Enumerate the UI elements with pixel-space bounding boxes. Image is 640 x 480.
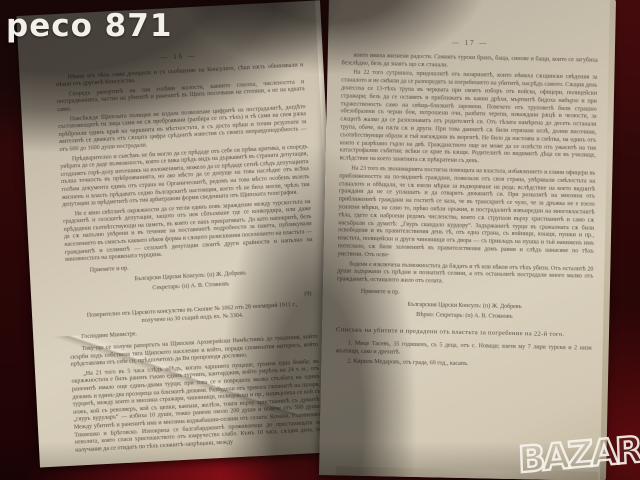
page-paragraph: „На 21 того въ 5 часа слѣдъ обѣдъ, когат…	[71, 359, 323, 455]
page-paragraph: бодени е изключена възможностьта да бѫда…	[337, 261, 593, 290]
photo-caption-label: ресо 871	[6, 8, 172, 44]
page-paragraph: На 23 того въ звонимарията постигна помо…	[338, 165, 596, 264]
page-paragraph: На 22 того сутриньта, придошлитѣ отъ паз…	[340, 70, 598, 169]
right-page-number: — 17 —	[342, 37, 598, 50]
casualty-list-title: Списъкъ на убитите и предадени отъ власт…	[336, 327, 592, 340]
closing-phrase: Приемете и пр.	[337, 288, 593, 301]
page-paragraph: Не е явно свѣтлитѣ окрѫжности да се тегл…	[63, 199, 313, 265]
right-document-page: — 17 — които имаха жизнени радости. Сами…	[319, 0, 613, 480]
right-page-content: — 17 — които имаха жизнени радости. Сами…	[319, 0, 613, 480]
left-page-content: — 16 — Нѣкои отъ тѣхъ сами доходили и съ…	[16, 0, 339, 467]
left-document-page: — 16 — Нѣкои отъ тѣхъ сами доходили и съ…	[16, 0, 339, 467]
